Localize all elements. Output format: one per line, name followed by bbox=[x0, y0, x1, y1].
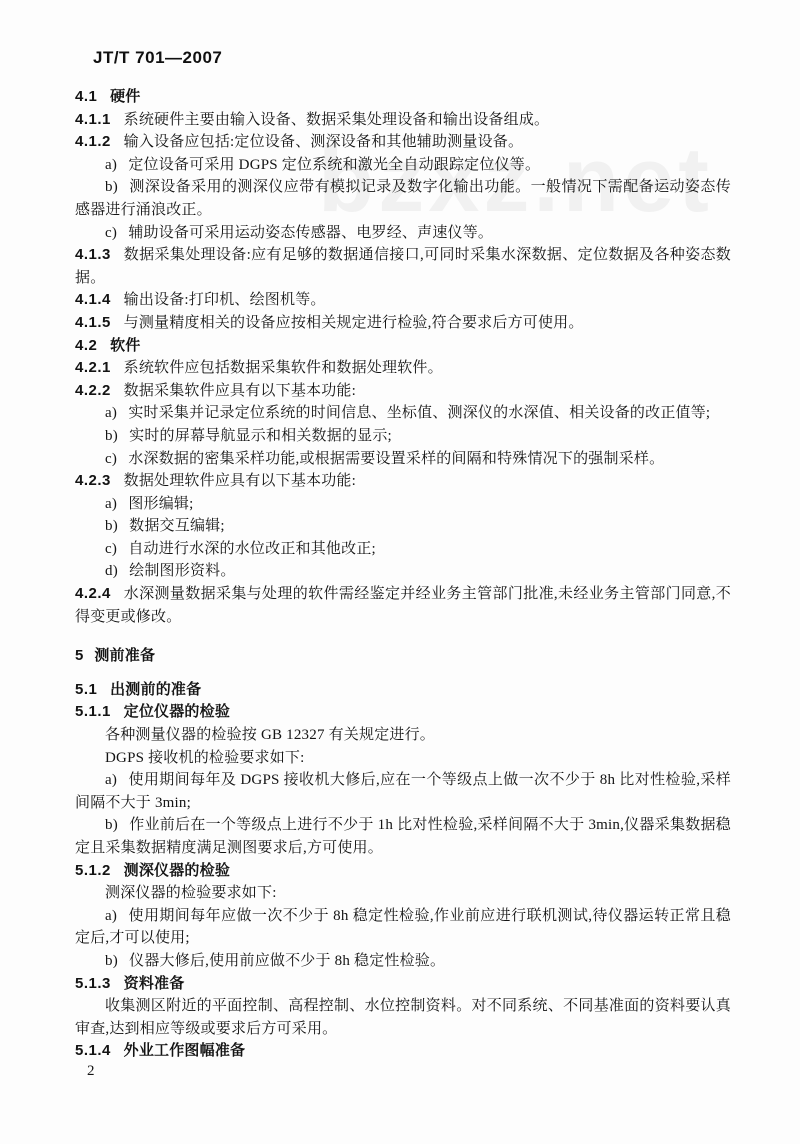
body-paragraph: 测深仪器的检验要求如下: bbox=[75, 882, 731, 905]
text-run: 收集测区附近的平面控制、高程控制、水位控制资料。对不同系统、不同基准面的资料要认… bbox=[75, 998, 731, 1037]
clause-number: 4.2.1 bbox=[75, 359, 111, 376]
clause-number: 4.2.3 bbox=[75, 472, 111, 489]
clause-paragraph: 4.1.1系统硬件主要由输入设备、数据采集处理设备和输出设备组成。 bbox=[75, 109, 731, 132]
list-item: a)使用期间每年应做一次不少于 8h 稳定性检验,作业前应进行联机测试,待仪器运… bbox=[75, 905, 731, 950]
clause-number: 5 bbox=[75, 647, 84, 664]
text-run: 实时采集并记录定位系统的时间信息、坐标值、测深仪的水深值、相关设备的改正值等; bbox=[128, 405, 710, 421]
list-item: b)数据交互编辑; bbox=[75, 515, 731, 538]
list-item: a)实时采集并记录定位系统的时间信息、坐标值、测深仪的水深值、相关设备的改正值等… bbox=[75, 402, 731, 425]
clause-number: 4.2.2 bbox=[75, 382, 111, 399]
list-item-marker: c) bbox=[105, 451, 117, 467]
list-item-marker: a) bbox=[105, 157, 117, 173]
list-item-marker: a) bbox=[105, 405, 117, 421]
list-item: b)实时的屏幕导航显示和相关数据的显示; bbox=[75, 425, 731, 448]
clause-paragraph: 4.1.4输出设备:打印机、绘图机等。 bbox=[75, 289, 731, 312]
clause-number: 4.2 bbox=[75, 337, 97, 354]
text-run: 定位仪器的检验 bbox=[124, 703, 230, 720]
text-run: 数据处理软件应具有以下基本功能: bbox=[124, 473, 356, 489]
list-item-marker: b) bbox=[105, 518, 118, 534]
list-item: d)绘制图形资料。 bbox=[75, 560, 731, 583]
text-run: 各种测量仪器的检验按 GB 12327 有关规定进行。 bbox=[105, 727, 435, 743]
text-run: 使用期间每年及 DGPS 接收机大修后,应在一个等级点上做一次不少于 8h 比对… bbox=[75, 772, 731, 811]
clause-number: 4.1.5 bbox=[75, 314, 111, 331]
list-item-marker: c) bbox=[105, 541, 117, 557]
page-number: 2 bbox=[87, 1063, 95, 1080]
list-item: a)使用期间每年及 DGPS 接收机大修后,应在一个等级点上做一次不少于 8h … bbox=[75, 769, 731, 814]
text-run: 硬件 bbox=[110, 88, 140, 105]
text-run: 水深测量数据采集与处理的软件需经鉴定并经业务主管部门批准,未经业务主管部门同意,… bbox=[75, 586, 731, 625]
text-run: 测前准备 bbox=[94, 647, 155, 664]
text-run: 使用期间每年应做一次不少于 8h 稳定性检验,作业前应进行联机测试,待仪器运转正… bbox=[75, 908, 731, 947]
list-item-marker: a) bbox=[105, 772, 117, 788]
text-run: 资料准备 bbox=[124, 975, 185, 992]
list-item: c)自动进行水深的水位改正和其他改正; bbox=[75, 538, 731, 561]
text-run: 输出设备:打印机、绘图机等。 bbox=[124, 292, 326, 308]
text-run: 数据采集处理设备:应有足够的数据通信接口,可同时采集水深数据、定位数据及各种姿态… bbox=[75, 247, 731, 286]
text-run: 仪器大修后,使用前应做不少于 8h 稳定性检验。 bbox=[129, 953, 445, 969]
clause-number: 4.1.2 bbox=[75, 133, 111, 150]
clause-number: 4.1.3 bbox=[75, 246, 111, 263]
list-item-marker: b) bbox=[105, 428, 118, 444]
text-run: 自动进行水深的水位改正和其他改正; bbox=[128, 541, 376, 557]
clause-paragraph: 4.1.2输入设备应包括:定位设备、测深设备和其他辅助测量设备。 bbox=[75, 131, 731, 154]
section-heading: 5.1出测前的准备 bbox=[75, 679, 731, 702]
subsection-heading: 5.1.2测深仪器的检验 bbox=[75, 860, 731, 883]
text-run: 出测前的准备 bbox=[110, 681, 201, 698]
clause-number: 5.1.2 bbox=[75, 862, 111, 879]
clause-number: 4.1.4 bbox=[75, 291, 111, 308]
clause-number: 5.1.1 bbox=[75, 703, 111, 720]
clause-paragraph: 4.2.4水深测量数据采集与处理的软件需经鉴定并经业务主管部门批准,未经业务主管… bbox=[75, 583, 731, 628]
clause-paragraph: 4.2.3数据处理软件应具有以下基本功能: bbox=[75, 470, 731, 493]
list-item-marker: b) bbox=[105, 817, 118, 833]
list-item: b)仪器大修后,使用前应做不少于 8h 稳定性检验。 bbox=[75, 950, 731, 973]
text-run: 测深仪器的检验要求如下: bbox=[105, 885, 277, 901]
text-run: 数据交互编辑; bbox=[129, 518, 225, 534]
text-run: 系统软件应包括数据采集软件和数据处理软件。 bbox=[124, 360, 443, 376]
clause-number: 5.1.4 bbox=[75, 1042, 111, 1059]
section-heading: 4.1硬件 bbox=[75, 86, 731, 109]
document-page: JT/T 701—2007 bzxz.net 4.1硬件4.1.1系统硬件主要由… bbox=[0, 0, 800, 1144]
list-item: c)水深数据的密集采样功能,或根据需要设置采样的间隔和特殊情况下的强制采样。 bbox=[75, 448, 731, 471]
list-item-marker: b) bbox=[105, 953, 118, 969]
clause-paragraph: 4.1.5与测量精度相关的设备应按相关规定进行检验,符合要求后方可使用。 bbox=[75, 312, 731, 335]
list-item: c)辅助设备可采用运动姿态传感器、电罗经、声速仪等。 bbox=[75, 222, 731, 245]
list-item: a)图形编辑; bbox=[75, 493, 731, 516]
list-item-marker: a) bbox=[105, 496, 117, 512]
clause-paragraph: 4.2.2数据采集软件应具有以下基本功能: bbox=[75, 380, 731, 403]
clause-number: 4.2.4 bbox=[75, 585, 111, 602]
text-run: 作业前后在一个等级点上进行不少于 1h 比对性检验,采样间隔不大于 3min,仪… bbox=[75, 817, 731, 856]
text-run: 绘制图形资料。 bbox=[129, 563, 235, 579]
clause-paragraph: 4.1.3数据采集处理设备:应有足够的数据通信接口,可同时采集水深数据、定位数据… bbox=[75, 244, 731, 289]
text-run: 定位设备可采用 DGPS 定位系统和激光全自动跟踪定位仪等。 bbox=[128, 157, 540, 173]
chapter-heading: 5测前准备 bbox=[75, 645, 731, 668]
section-heading: 4.2软件 bbox=[75, 335, 731, 358]
subsection-heading: 5.1.1定位仪器的检验 bbox=[75, 701, 731, 724]
body-paragraph: DGPS 接收机的检验要求如下: bbox=[75, 747, 731, 770]
text-run: DGPS 接收机的检验要求如下: bbox=[105, 750, 304, 766]
clause-number: 4.1.1 bbox=[75, 111, 111, 128]
subsection-heading: 5.1.3资料准备 bbox=[75, 973, 731, 996]
clause-paragraph: 4.2.1系统软件应包括数据采集软件和数据处理软件。 bbox=[75, 357, 731, 380]
list-item: a)定位设备可采用 DGPS 定位系统和激光全自动跟踪定位仪等。 bbox=[75, 154, 731, 177]
body-paragraph: 各种测量仪器的检验按 GB 12327 有关规定进行。 bbox=[75, 724, 731, 747]
subsection-heading: 5.1.4外业工作图幅准备 bbox=[75, 1040, 731, 1063]
text-run: 数据采集软件应具有以下基本功能: bbox=[124, 383, 356, 399]
text-run: 软件 bbox=[110, 337, 140, 354]
text-run: 与测量精度相关的设备应按相关规定进行检验,符合要求后方可使用。 bbox=[124, 315, 584, 331]
list-item: b)测深设备采用的测深仪应带有模拟记录及数字化输出功能。一般情况下需配备运动姿态… bbox=[75, 176, 731, 221]
list-item-marker: a) bbox=[105, 908, 117, 924]
clause-number: 5.1 bbox=[75, 681, 97, 698]
text-run: 辅助设备可采用运动姿态传感器、电罗经、声速仪等。 bbox=[128, 225, 493, 241]
list-item-marker: d) bbox=[105, 563, 118, 579]
text-run: 图形编辑; bbox=[128, 496, 193, 512]
text-run: 实时的屏幕导航显示和相关数据的显示; bbox=[129, 428, 392, 444]
list-item-marker: c) bbox=[105, 225, 117, 241]
text-run: 输入设备应包括:定位设备、测深设备和其他辅助测量设备。 bbox=[124, 134, 524, 150]
clause-number: 5.1.3 bbox=[75, 975, 111, 992]
document-body: 4.1硬件4.1.1系统硬件主要由输入设备、数据采集处理设备和输出设备组成。4.… bbox=[75, 86, 731, 1063]
text-run: 测深仪器的检验 bbox=[124, 862, 230, 879]
body-paragraph: 收集测区附近的平面控制、高程控制、水位控制资料。对不同系统、不同基准面的资料要认… bbox=[75, 995, 731, 1040]
text-run: 水深数据的密集采样功能,或根据需要设置采样的间隔和特殊情况下的强制采样。 bbox=[128, 451, 664, 467]
clause-number: 4.1 bbox=[75, 88, 97, 105]
text-run: 系统硬件主要由输入设备、数据采集处理设备和输出设备组成。 bbox=[124, 112, 550, 128]
text-run: 测深设备采用的测深仪应带有模拟记录及数字化输出功能。一般情况下需配备运动姿态传感… bbox=[75, 179, 731, 218]
text-run: 外业工作图幅准备 bbox=[124, 1042, 246, 1059]
list-item-marker: b) bbox=[105, 179, 118, 195]
standard-number-header: JT/T 701—2007 bbox=[93, 48, 222, 68]
list-item: b)作业前后在一个等级点上进行不少于 1h 比对性检验,采样间隔不大于 3min… bbox=[75, 814, 731, 859]
